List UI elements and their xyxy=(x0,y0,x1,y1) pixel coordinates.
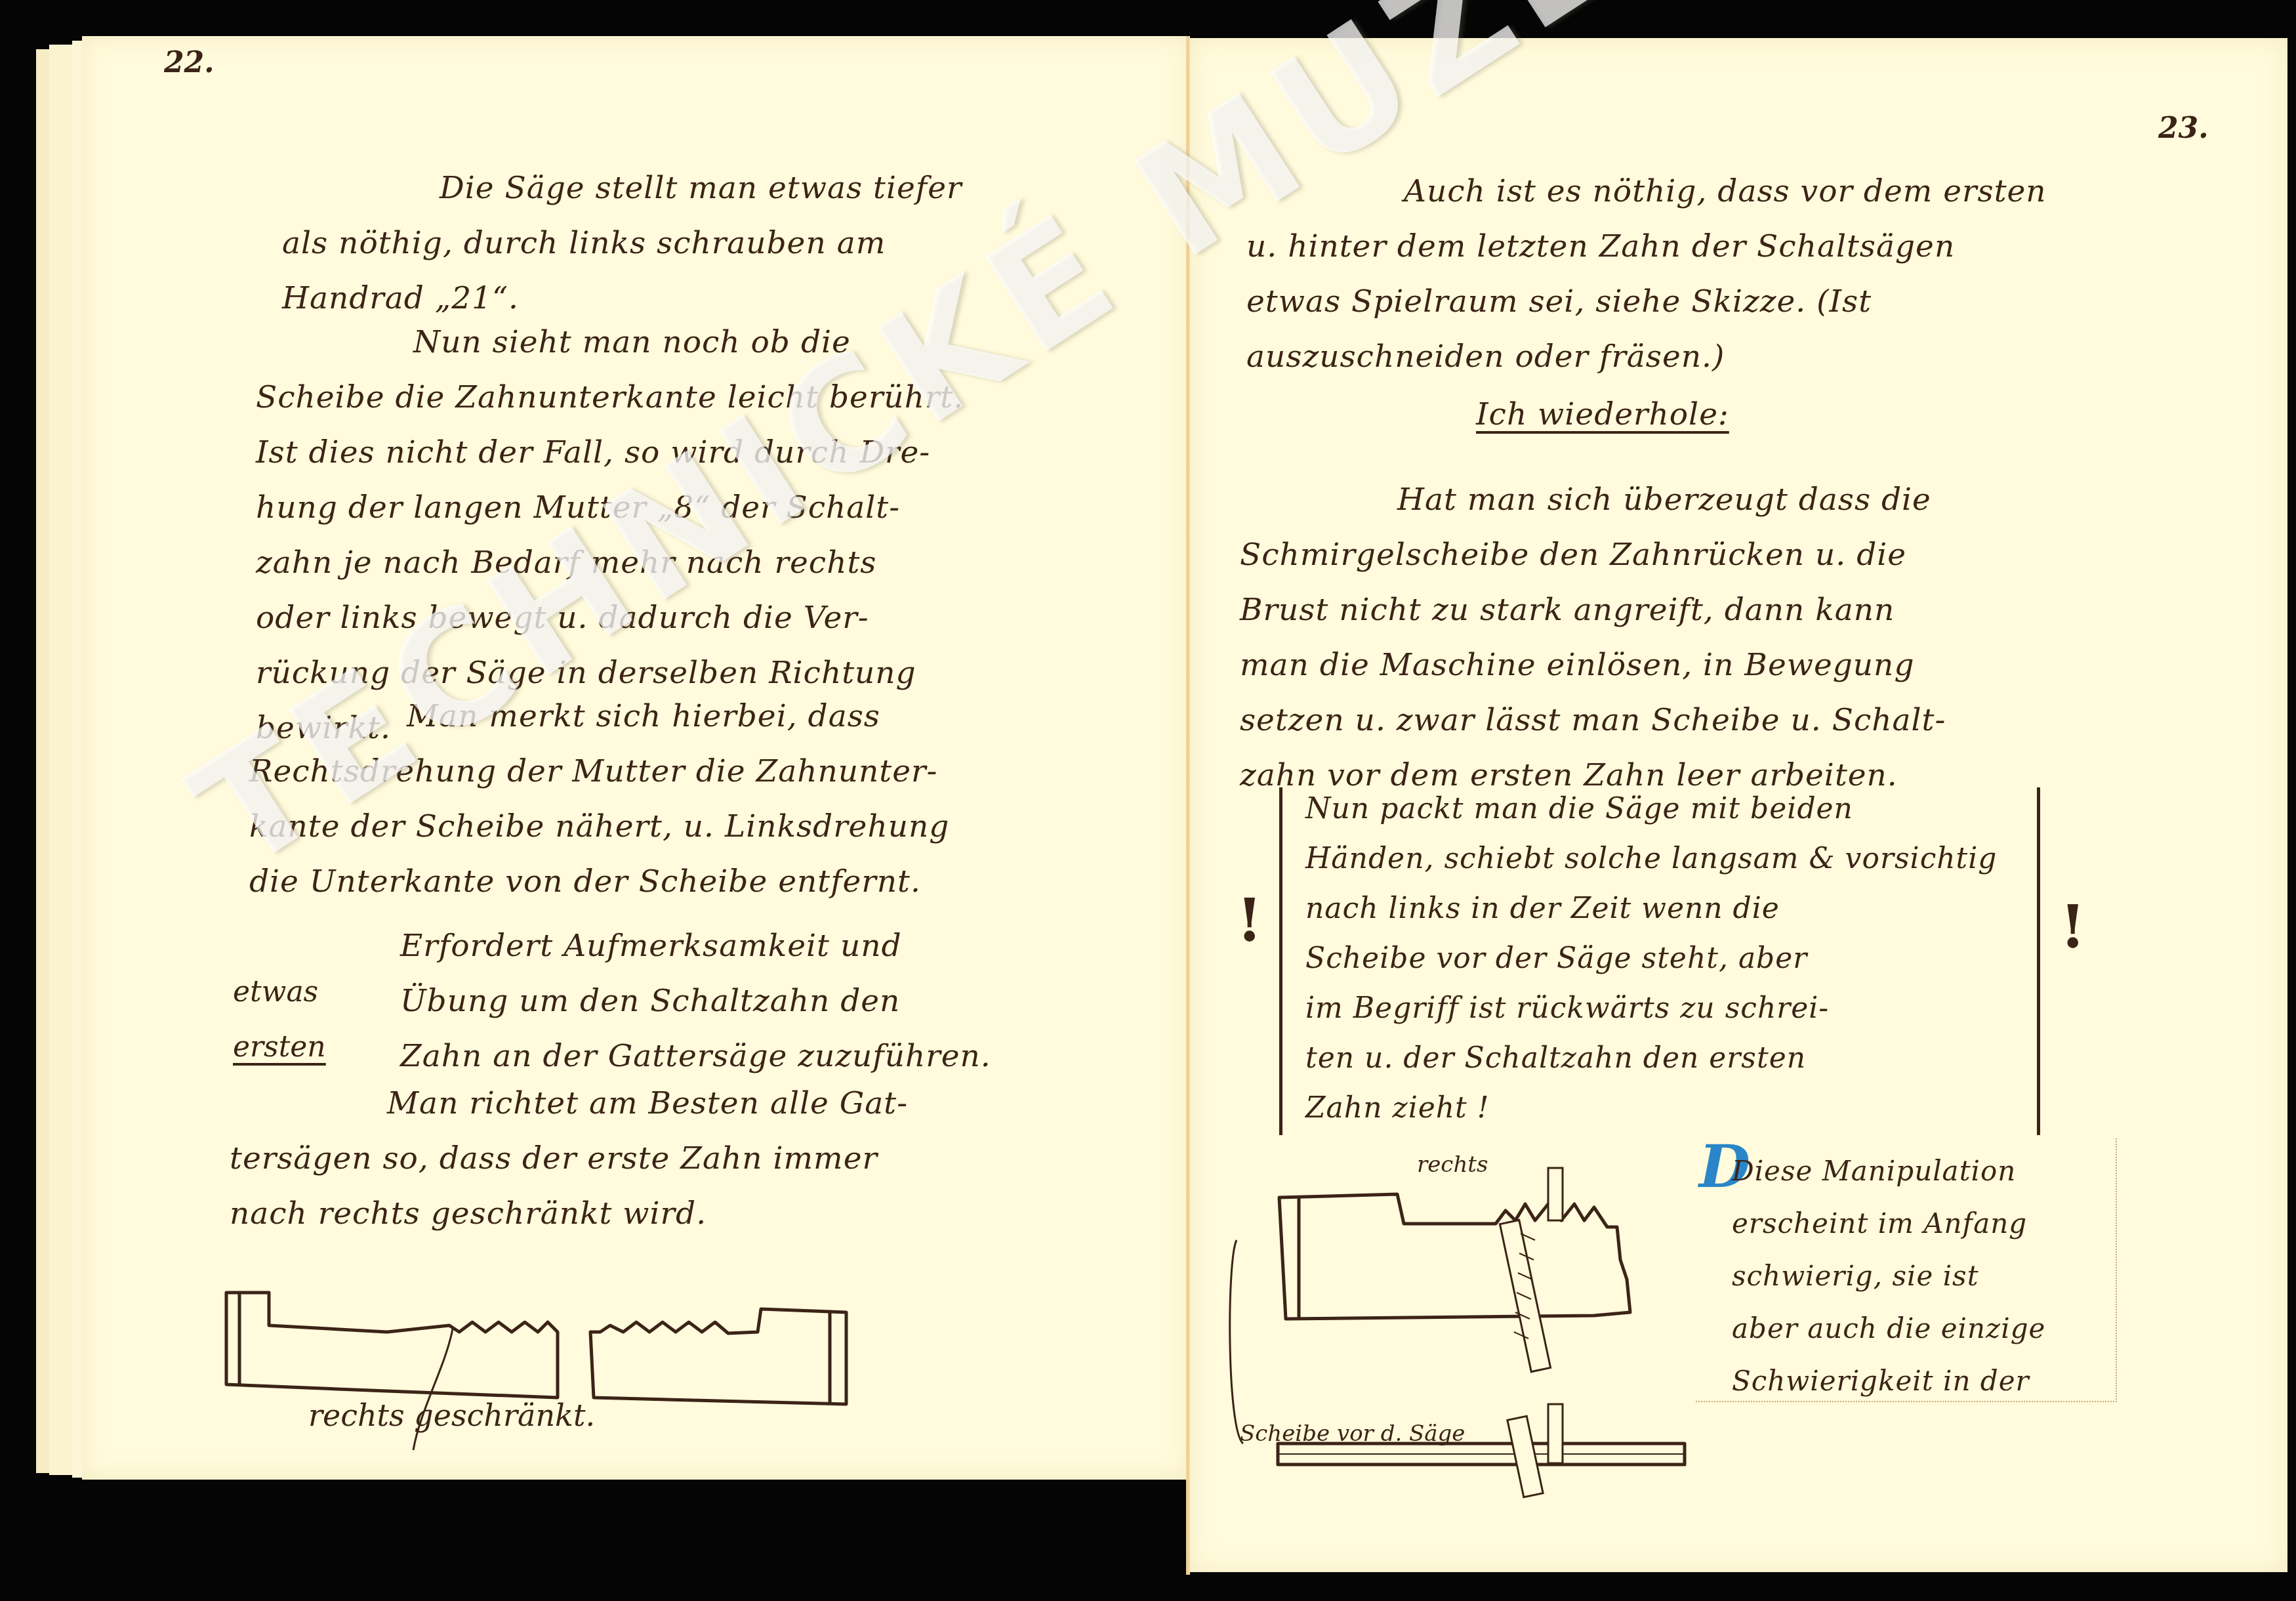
text-line: kante der Scheibe nähert, u. Linksdrehun… xyxy=(249,799,1141,854)
right-paragraph-1: Auch ist es nöthig, dass vor dem ersten … xyxy=(1246,164,2152,385)
text-line: tersägen so, dass der erste Zahn immer xyxy=(230,1131,1141,1186)
text-line: als nöthig, durch links schrauben am xyxy=(282,216,1135,271)
text-line: auszuschneiden oder fräsen.) xyxy=(1246,329,2152,385)
text-line: Scheibe vor der Säge steht, aber xyxy=(1305,934,2027,984)
page-number-right: 23. xyxy=(2158,112,2209,145)
left-paragraph-3: Man merkt sich hierbei, dass Rechtsdrehu… xyxy=(249,689,1141,909)
text-line: Nun sieht man noch ob die xyxy=(256,315,1135,370)
right-paragraph-2: Hat man sich überzeugt dass die Schmirge… xyxy=(1240,472,2152,803)
exclamation-left-icon: ! xyxy=(1237,886,1263,955)
text-line: erscheint im Anfang xyxy=(1732,1197,2125,1250)
book-spine xyxy=(1186,36,1190,1575)
text-line: Erfordert Aufmerksamkeit und xyxy=(400,919,1141,974)
text-line: die Unterkante von der Scheibe entfernt. xyxy=(249,854,1141,909)
left-paragraph-1: Die Säge stellt man etwas tiefer als nöt… xyxy=(282,161,1135,326)
text-line: Diese Manipulation xyxy=(1732,1145,2125,1197)
left-paragraph-5: Man richtet am Besten alle Gat- tersägen… xyxy=(230,1076,1141,1241)
text-line: Nun packt man die Säge mit beiden xyxy=(1305,784,2027,834)
text-line: Ist dies nicht der Fall, so wird durch D… xyxy=(256,425,1135,480)
text-line: Man richtet am Besten alle Gat- xyxy=(230,1076,1141,1131)
text-line: etwas Spielraum sei, siehe Skizze. (Ist xyxy=(1246,274,2152,329)
boxed-note-text: Nun packt man die Säge mit beiden Händen… xyxy=(1305,784,2027,1133)
text-line: Auch ist es nöthig, dass vor dem ersten xyxy=(1246,164,2152,219)
text-line: schwierig, sie ist xyxy=(1732,1250,2125,1302)
margin-word: etwas xyxy=(233,965,326,1020)
text-line: Man merkt sich hierbei, dass xyxy=(249,689,1141,744)
text-line: Übung um den Schaltzahn den xyxy=(400,974,1141,1029)
margin-word: ersten xyxy=(233,1020,326,1075)
text-line: ten u. der Schaltzahn den ersten xyxy=(1305,1033,2027,1083)
figure-label-rechts: rechts xyxy=(1417,1152,1488,1178)
text-line: nach links in der Zeit wenn die xyxy=(1305,884,2027,934)
figure-label-rechts-geschraenkt: rechts geschränkt. xyxy=(308,1398,595,1433)
text-line: oder links bewegt u. dadurch die Ver- xyxy=(256,591,1135,646)
text-line: setzen u. zwar lässt man Scheibe u. Scha… xyxy=(1240,693,2152,748)
text-line: Rechtsdrehung der Mutter die Zahnunter- xyxy=(249,744,1141,799)
side-note: Diese Manipulation erscheint im Anfang s… xyxy=(1732,1145,2125,1407)
text-line: Brust nicht zu stark angreift, dann kann xyxy=(1240,583,2152,638)
text-line: hung der langen Mutter „8“ der Schalt- xyxy=(256,480,1135,535)
text-line: im Begriff ist rückwärts zu schrei- xyxy=(1305,984,2027,1033)
text-line: Schwierigkeit in der xyxy=(1732,1355,2125,1407)
figure-label-scheibe-vor-saege: Scheibe vor d. Säge xyxy=(1240,1421,1466,1447)
exclamation-right-icon: ! xyxy=(2060,892,2086,962)
left-margin-note: etwas ersten xyxy=(233,965,326,1075)
text-line: Scheibe die Zahnunterkante leicht berühr… xyxy=(256,370,1135,425)
text-line: Hat man sich überzeugt dass die xyxy=(1240,472,2152,528)
text-line: aber auch die einzige xyxy=(1732,1302,2125,1355)
left-paragraph-4: Erfordert Aufmerksamkeit und Übung um de… xyxy=(400,919,1141,1084)
page-number-left: 22. xyxy=(164,46,215,79)
text-line: Händen, schiebt solche langsam & vorsich… xyxy=(1305,834,2027,884)
text-line: u. hinter dem letzten Zahn der Schaltsäg… xyxy=(1246,219,2152,274)
text-line: Schmirgelscheibe den Zahnrücken u. die xyxy=(1240,528,2152,583)
section-heading: Ich wiederhole: xyxy=(1476,387,1729,442)
text-line: Zahn zieht ! xyxy=(1305,1083,2027,1133)
text-line: zahn je nach Bedarf mehr nach rechts xyxy=(256,535,1135,591)
text-line: man die Maschine einlösen, in Bewegung xyxy=(1240,638,2152,693)
text-line: nach rechts geschränkt wird. xyxy=(230,1186,1141,1241)
text-line: Die Säge stellt man etwas tiefer xyxy=(282,161,1135,216)
